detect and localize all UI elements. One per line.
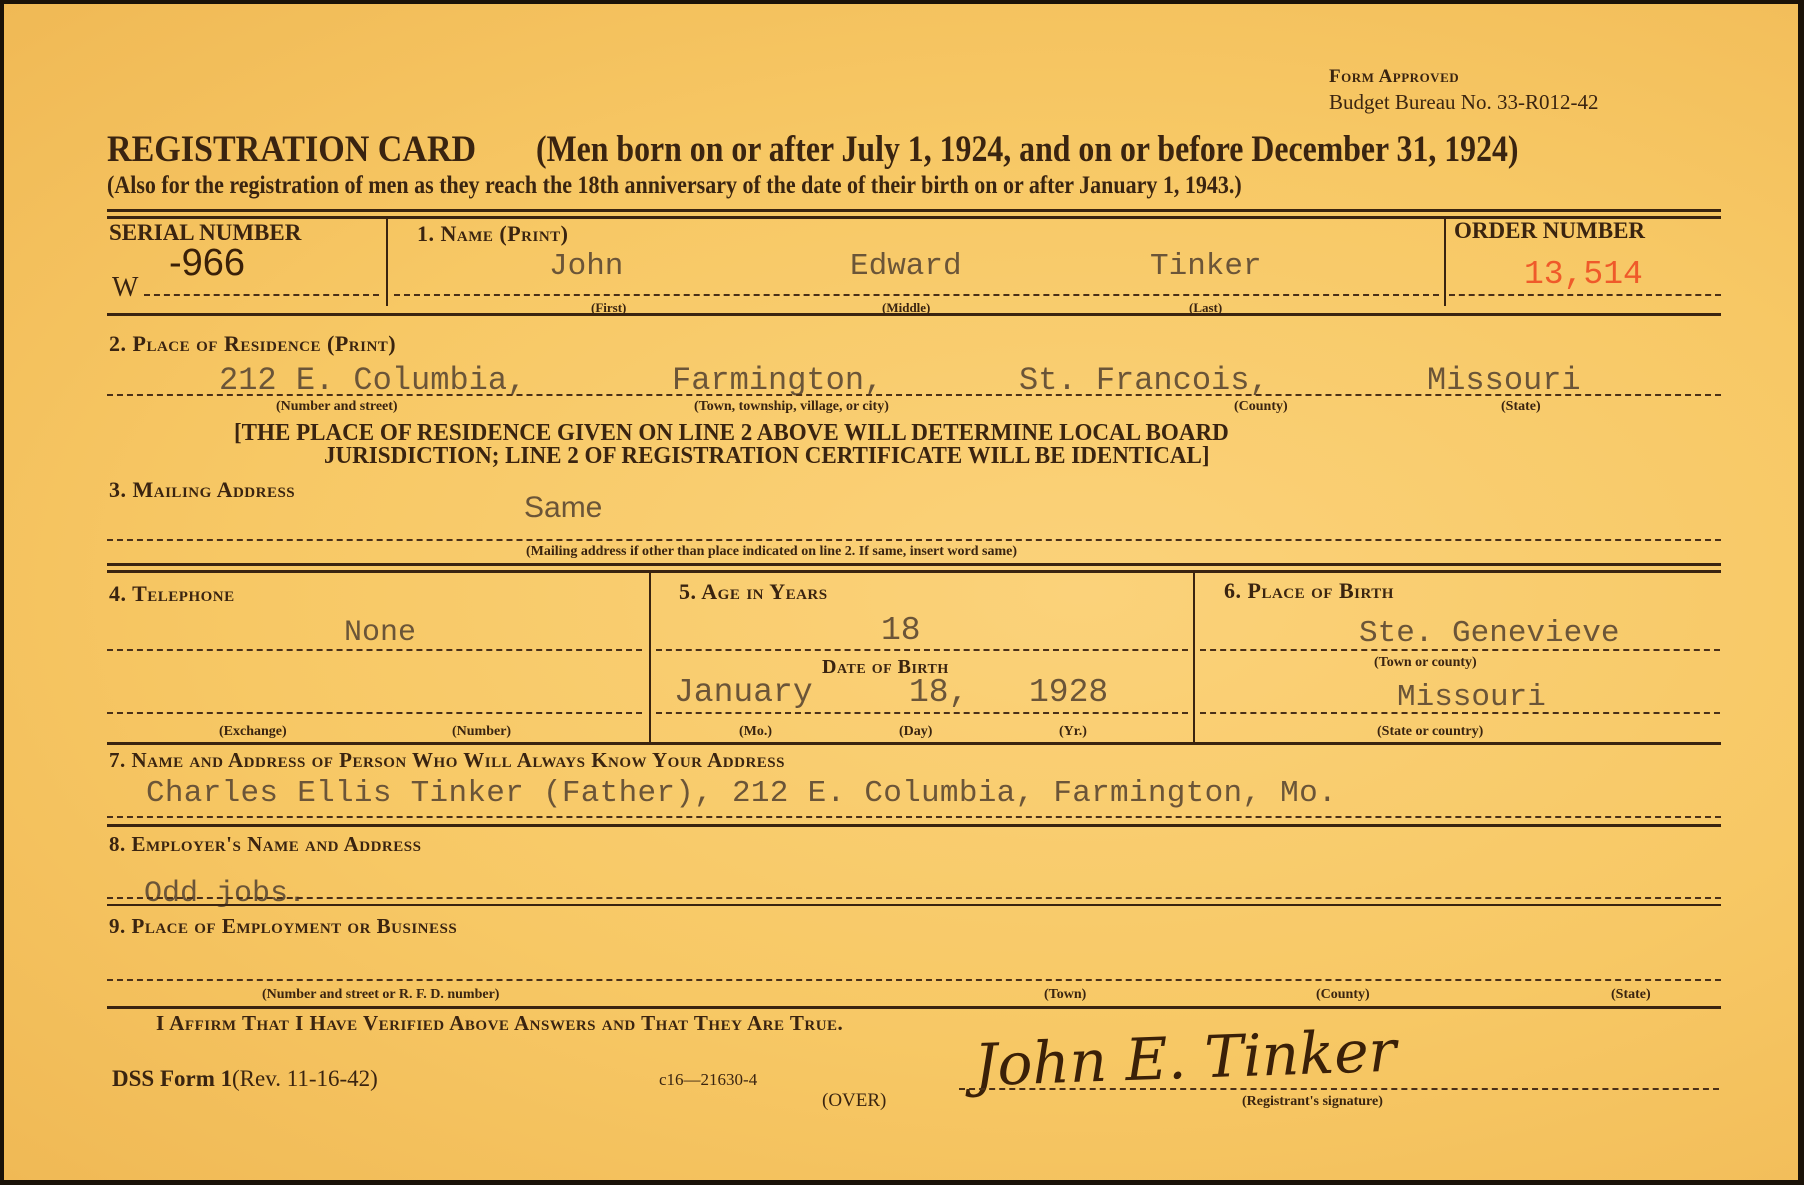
- dob-line: [656, 712, 1188, 714]
- employment-place-label: 9. Place of Employment or Business: [109, 914, 457, 939]
- age-label: 5. Age in Years: [679, 579, 828, 605]
- dob-year-value: 1928: [1029, 674, 1108, 711]
- jurisdiction-notice-line2: JURISDICTION; LINE 2 OF REGISTRATION CER…: [324, 443, 1210, 470]
- employment-street-caption: (Number and street or R. F. D. number): [262, 987, 499, 1003]
- divider: [649, 572, 651, 742]
- order-number-label: ORDER NUMBER: [1454, 218, 1645, 244]
- day-caption: (Day): [899, 724, 932, 740]
- mailing-address-label: 3. Mailing Address: [109, 477, 295, 503]
- birth-state-value: Missouri: [1397, 680, 1546, 715]
- street-caption: (Number and street): [276, 399, 398, 415]
- number-caption: (Number): [452, 724, 511, 740]
- contact-line: [107, 816, 1721, 818]
- card-title-qualifier: (Men born on or after July 1, 1924, and …: [536, 128, 1519, 171]
- signature-line: [959, 1088, 1719, 1090]
- birth-state-line: [1200, 712, 1720, 714]
- order-line: [1449, 294, 1721, 296]
- divider: [107, 570, 1721, 573]
- age-line: [656, 649, 1188, 651]
- over-indicator: (OVER): [822, 1090, 886, 1112]
- employer-line: [107, 897, 1721, 899]
- form-approved-label: Form Approved: [1329, 66, 1459, 88]
- state-caption: (State): [1501, 399, 1541, 415]
- card-title: REGISTRATION CARD: [107, 128, 476, 171]
- registrant-signature: John E. Tinker: [973, 1017, 1397, 1100]
- month-caption: (Mo.): [739, 724, 772, 740]
- telephone-line-2: [107, 712, 642, 714]
- first-name-value: John: [549, 249, 623, 284]
- telephone-line: [107, 649, 642, 651]
- dob-day-value: 18,: [909, 674, 968, 711]
- contact-person-value: Charles Ellis Tinker (Father), 212 E. Co…: [146, 776, 1337, 811]
- name-label: 1. Name (Print): [417, 221, 568, 247]
- town-caption: (Town, township, village, or city): [694, 399, 889, 415]
- exchange-caption: (Exchange): [219, 724, 287, 740]
- middle-name-value: Edward: [850, 249, 962, 284]
- divider: [107, 563, 1721, 566]
- divider: [386, 218, 388, 306]
- year-caption: (Yr.): [1059, 724, 1087, 740]
- divider: [1444, 218, 1446, 306]
- divider: [1193, 572, 1195, 742]
- dob-month-value: January: [674, 674, 813, 711]
- serial-number-value: -966: [169, 242, 245, 285]
- order-number-value: 13,514: [1524, 256, 1643, 293]
- form-id: DSS Form 1: [112, 1066, 232, 1092]
- telephone-value: None: [344, 616, 416, 650]
- employment-county-caption: (County): [1316, 987, 1370, 1003]
- divider: [107, 824, 1721, 827]
- serial-prefix: W: [112, 272, 138, 304]
- divider: [107, 1006, 1721, 1009]
- divider: [107, 904, 1721, 906]
- signature-caption: (Registrant's signature): [1242, 1094, 1383, 1110]
- mailing-caption: (Mailing address if other than place ind…: [526, 544, 1017, 560]
- employer-label: 8. Employer's Name and Address: [109, 832, 421, 857]
- divider: [107, 742, 1721, 745]
- county-caption: (County): [1234, 399, 1288, 415]
- age-value: 18: [881, 612, 921, 649]
- mailing-address-value: Same: [524, 491, 602, 525]
- birth-town-value: Ste. Genevieve: [1359, 616, 1619, 651]
- form-revision: (Rev. 11-16-42): [232, 1066, 378, 1092]
- mailing-line: [107, 539, 1721, 541]
- telephone-label: 4. Telephone: [109, 581, 235, 607]
- print-code: c16—21630-4: [659, 1070, 757, 1090]
- divider: [107, 209, 1721, 212]
- employment-place-line: [107, 979, 1721, 981]
- birth-state-caption: (State or country): [1377, 724, 1483, 740]
- affirmation-text: I Affirm That I Have Verified Above Answ…: [156, 1011, 843, 1036]
- contact-person-label: 7. Name and Address of Person Who Will A…: [109, 748, 785, 773]
- residence-line: [107, 394, 1721, 396]
- registration-card: Form Approved Budget Bureau No. 33-R012-…: [4, 4, 1798, 1180]
- place-of-birth-label: 6. Place of Birth: [1224, 578, 1394, 604]
- employment-town-caption: (Town): [1044, 987, 1086, 1003]
- name-line: [394, 294, 1439, 296]
- card-subtitle: (Also for the registration of men as the…: [107, 172, 1242, 200]
- birth-town-line: [1200, 649, 1720, 651]
- employment-state-caption: (State): [1611, 987, 1651, 1003]
- budget-bureau-number: Budget Bureau No. 33-R012-42: [1329, 90, 1598, 115]
- divider: [107, 313, 1721, 316]
- residence-label: 2. Place of Residence (Print): [109, 331, 396, 357]
- serial-line: [144, 294, 379, 296]
- last-name-value: Tinker: [1150, 249, 1262, 284]
- birth-town-caption: (Town or county): [1374, 655, 1477, 671]
